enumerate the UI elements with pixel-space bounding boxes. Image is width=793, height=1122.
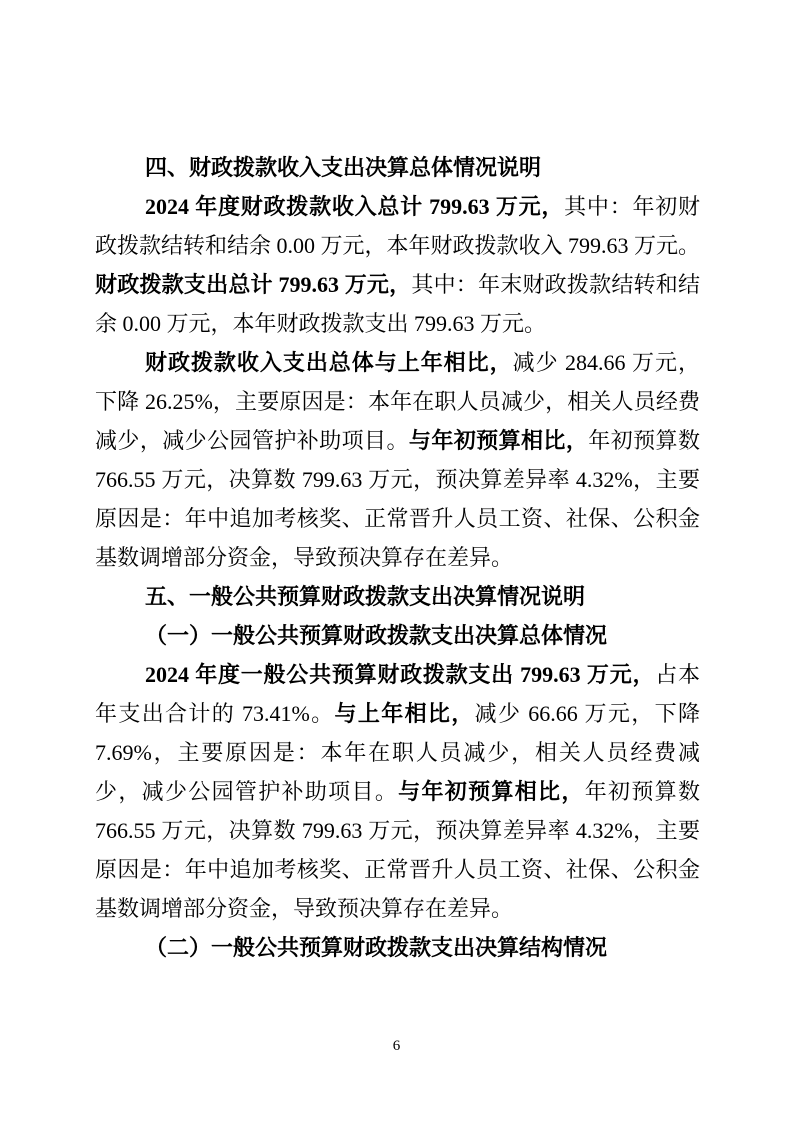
- section-heading-five: 五、一般公共预算财政拨款支出决算情况说明: [95, 577, 700, 616]
- text-run-bold: 与年初预算相比，: [409, 428, 588, 453]
- text-run-bold: 与年初预算相比，: [398, 779, 585, 804]
- subsection-heading-five-2: （二）一般公共预算财政拨款支出决算结构情况: [95, 928, 700, 967]
- text-run-bold: 2024 年度一般公共预算财政拨款支出 799.63 万元，: [145, 662, 655, 687]
- paragraph-fiscal-appropriation-totals: 2024 年度财政拨款收入总计 799.63 万元，其中：年初财政拨款结转和结余…: [95, 187, 700, 343]
- paragraph-general-budget-expenditure: 2024 年度一般公共预算财政拨款支出 799.63 万元，占本年支出合计的 7…: [95, 655, 700, 928]
- page-number: 6: [0, 1036, 793, 1056]
- section-heading-four: 四、财政拨款收入支出决算总体情况说明: [95, 148, 700, 187]
- text-run-bold: 财政拨款收入支出总体与上年相比，: [145, 350, 513, 375]
- paragraph-year-comparison: 财政拨款收入支出总体与上年相比，减少 284.66 万元，下降 26.25%，主…: [95, 343, 700, 577]
- page-content: 四、财政拨款收入支出决算总体情况说明 2024 年度财政拨款收入总计 799.6…: [95, 148, 700, 967]
- document-page: 四、财政拨款收入支出决算总体情况说明 2024 年度财政拨款收入总计 799.6…: [0, 0, 793, 1122]
- text-run-bold: 财政拨款支出总计 799.63 万元，: [95, 272, 411, 297]
- text-run-bold: 与上年相比，: [335, 701, 475, 726]
- text-run-bold: 2024 年度财政拨款收入总计 799.63 万元，: [145, 194, 564, 219]
- subsection-heading-five-1: （一）一般公共预算财政拨款支出决算总体情况: [95, 616, 700, 655]
